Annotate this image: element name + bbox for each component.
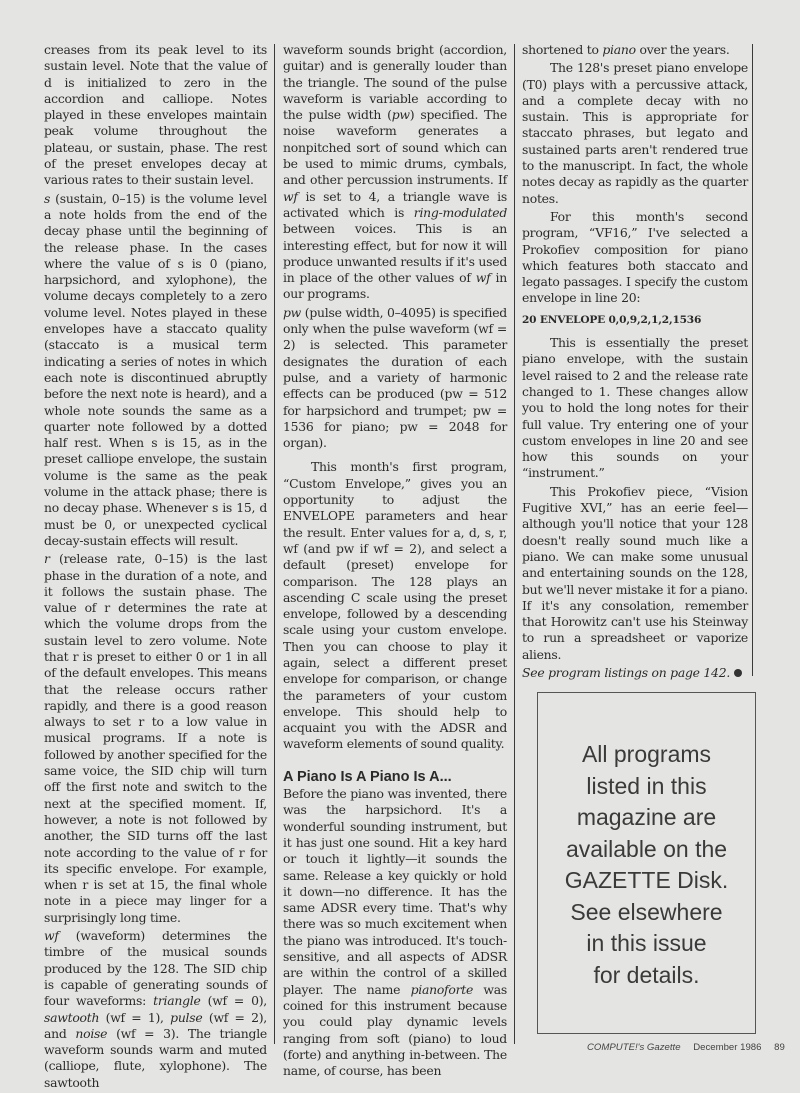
column-rule-1 <box>274 44 275 1044</box>
magazine-name: COMPUTE!'s Gazette <box>587 1042 681 1053</box>
paragraph-custom-envelope: This month's first program, “Custom Enve… <box>283 459 507 752</box>
issue-date: December 1986 <box>693 1042 761 1053</box>
paragraph-vf16: For this month's second program, “VF16,”… <box>522 209 748 307</box>
paragraph-pulse-width: pw (pulse width, 0–4095) is specified on… <box>283 305 507 452</box>
ad-text: All programs listed in this magazine are… <box>565 735 729 991</box>
column-1: creases from its peak level to its susta… <box>44 42 267 1093</box>
column-2: waveform sounds bright (accordion, guita… <box>283 42 507 1081</box>
paragraph-piano-history: Before the piano was invented, there was… <box>283 786 507 1079</box>
term-wf: wf <box>44 928 59 943</box>
paragraph: shortened to piano over the years. <box>522 42 748 58</box>
page-number: 89 <box>774 1042 785 1053</box>
paragraph-waveform: wf (waveform) determines the timbre of t… <box>44 928 267 1091</box>
paragraph: waveform sounds bright (accordion, guita… <box>283 42 507 303</box>
paragraph-sustain: s (sustain, 0–15) is the volume level a … <box>44 191 267 550</box>
paragraph-release: r (release rate, 0–15) is the last phase… <box>44 551 267 926</box>
term-pw: pw <box>283 305 301 320</box>
column-rule-2 <box>514 44 515 1044</box>
paragraph-prokofiev: This Prokofiev piece, “Vision Fugitive X… <box>522 484 748 663</box>
paragraph: creases from its peak level to its susta… <box>44 42 267 189</box>
end-mark-icon <box>734 669 742 677</box>
magazine-page: creases from its peak level to its susta… <box>0 0 800 1093</box>
paragraph-envelope-explanation: This is essentially the preset piano env… <box>522 335 748 482</box>
column-rule-3 <box>752 44 753 676</box>
program-listings-reference: See program listings on page 142. <box>522 665 748 681</box>
column-3: shortened to piano over the years. The 1… <box>522 42 748 683</box>
page-footer: COMPUTE!'s Gazette December 1986 89 <box>587 1042 785 1053</box>
code-listing: 20 ENVELOPE 0,0,9,2,1,2,1536 <box>522 312 748 328</box>
gazette-disk-ad-box: All programs listed in this magazine are… <box>537 692 756 1034</box>
section-heading: A Piano Is A Piano Is A... <box>283 769 507 785</box>
paragraph-preset-envelope: The 128's preset piano envelope (T0) pla… <box>522 60 748 207</box>
